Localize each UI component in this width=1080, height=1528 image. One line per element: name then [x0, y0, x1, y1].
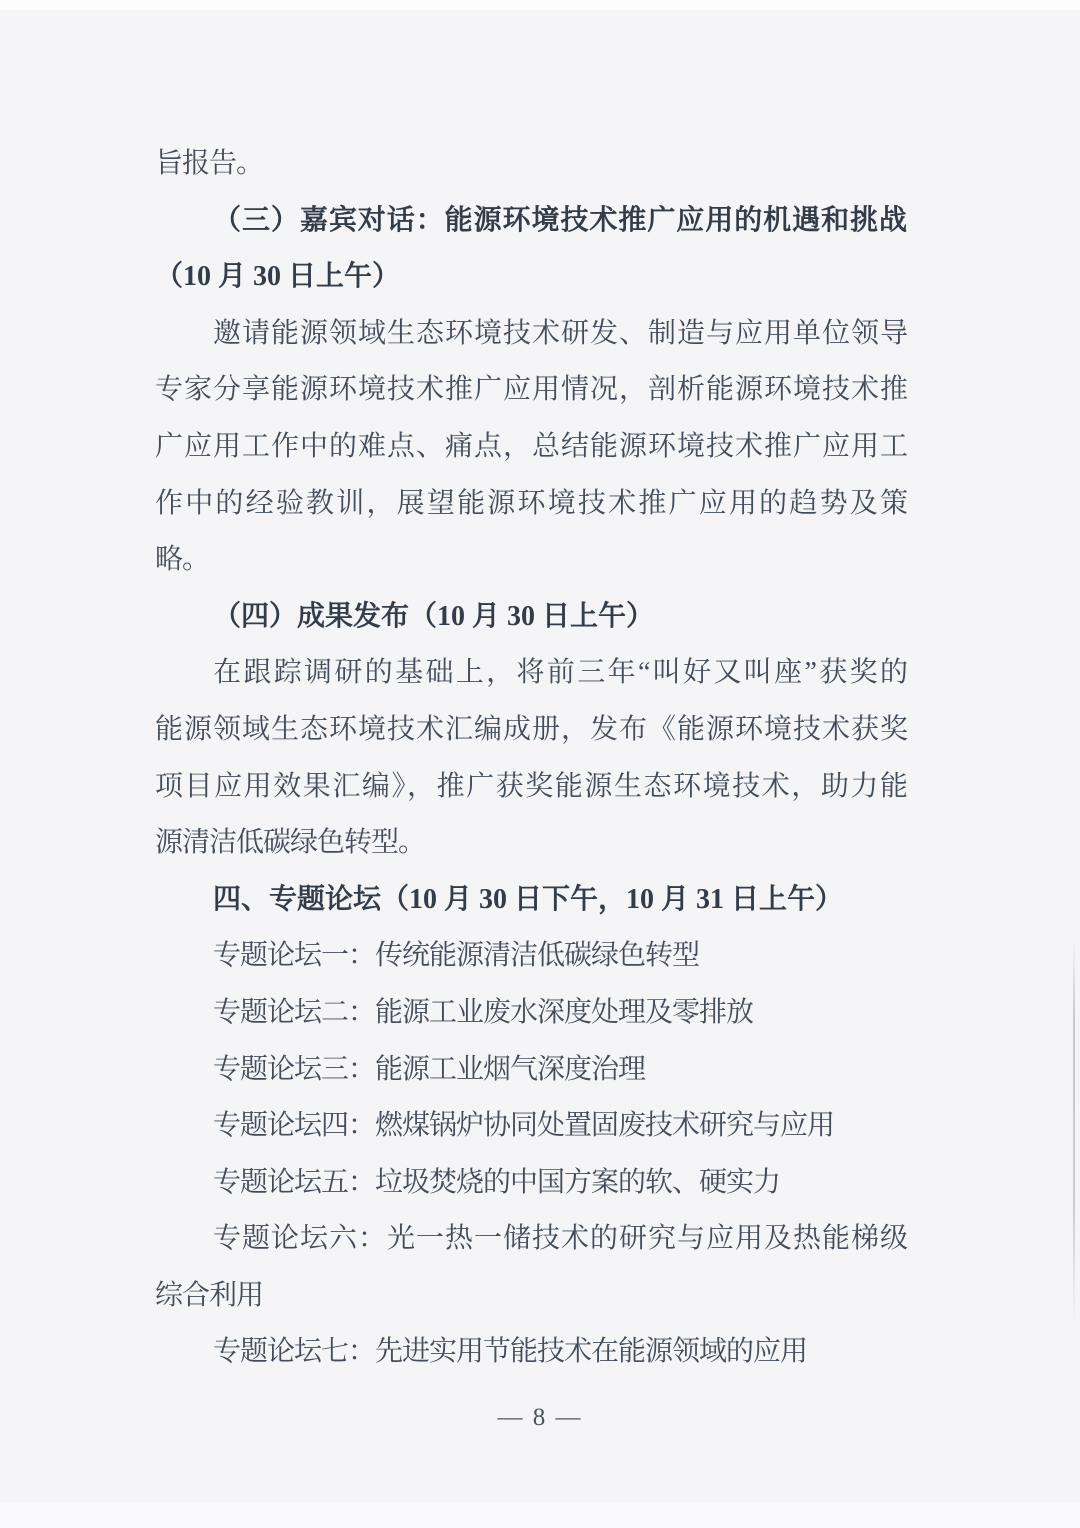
forum-item-2: 专题论坛二：能源工业废水深度处理及零排放 — [155, 985, 907, 1042]
document-body: 旨报告。 （三）嘉宾对话：能源环境技术推广应用的机遇和挑战 （10 月 30 日… — [155, 136, 907, 1381]
paragraph-results-line-4: 源清洁低碳绿色转型。 — [155, 815, 907, 872]
scan-page-edge-shadow — [1073, 940, 1075, 1325]
paragraph-continuation: 旨报告。 — [155, 136, 907, 193]
forum-item-6-continuation: 综合利用 — [155, 1268, 907, 1325]
paragraph-guest-dialogue-line-3: 广应用工作中的难点、痛点，总结能源环境技术推广应用工 — [155, 419, 907, 476]
forum-item-4: 专题论坛四：燃煤锅炉协同处置固废技术研究与应用 — [155, 1098, 907, 1155]
paragraph-guest-dialogue-line-1: 邀请能源领域生态环境技术研发、制造与应用单位领导 — [155, 306, 907, 363]
heading-section-3-date: （10 月 30 日上午） — [155, 249, 907, 306]
forum-item-1: 专题论坛一：传统能源清洁低碳绿色转型 — [155, 928, 907, 985]
paragraph-results-line-1: 在跟踪调研的基础上，将前三年“叫好又叫座”获奖的 — [155, 645, 907, 702]
forum-item-3: 专题论坛三：能源工业烟气深度治理 — [155, 1042, 907, 1099]
forum-item-7: 专题论坛七：先进实用节能技术在能源领域的应用 — [155, 1324, 907, 1381]
forum-item-6: 专题论坛六：光一热一储技术的研究与应用及热能梯级 — [155, 1211, 907, 1268]
paragraph-guest-dialogue-line-2: 专家分享能源环境技术推广应用情况，剖析能源环境技术推 — [155, 362, 907, 419]
paragraph-guest-dialogue-line-4: 作中的经验教训，展望能源环境技术推广应用的趋势及策 — [155, 476, 907, 533]
scanned-document-page: 旨报告。 （三）嘉宾对话：能源环境技术推广应用的机遇和挑战 （10 月 30 日… — [0, 0, 1080, 1528]
scan-bottom-edge — [0, 1502, 1080, 1528]
forum-item-5: 专题论坛五：垃圾焚烧的中国方案的软、硬实力 — [155, 1155, 907, 1212]
paragraph-results-line-2: 能源领域生态环境技术汇编成册，发布《能源环境技术获奖 — [155, 702, 907, 759]
page-number: — 8 — — [0, 1398, 1080, 1438]
scan-top-edge — [0, 0, 1080, 10]
heading-section-4: （四）成果发布（10 月 30 日上午） — [155, 589, 907, 646]
heading-section-forums: 四、专题论坛（10 月 30 日下午，10 月 31 日上午） — [155, 872, 907, 929]
heading-section-3: （三）嘉宾对话：能源环境技术推广应用的机遇和挑战 — [155, 193, 907, 250]
paragraph-results-line-3: 项目应用效果汇编》，推广获奖能源生态环境技术，助力能 — [155, 759, 907, 816]
paragraph-guest-dialogue-line-5: 略。 — [155, 532, 907, 589]
